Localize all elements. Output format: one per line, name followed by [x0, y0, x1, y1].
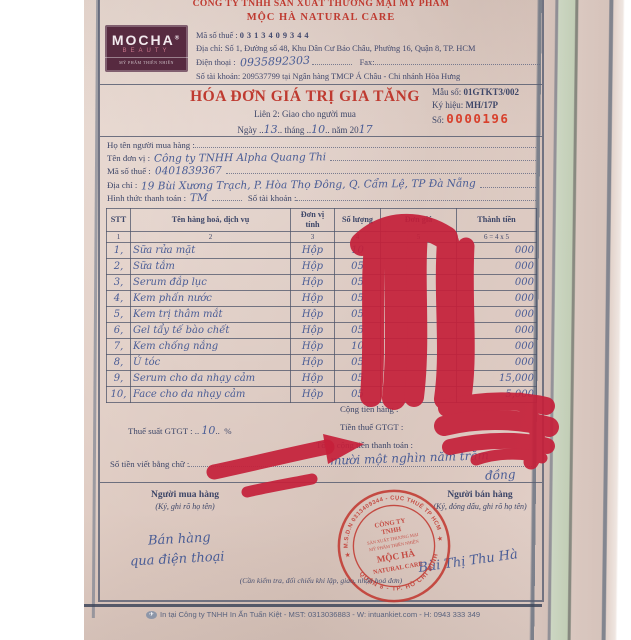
col-stt: STT	[107, 209, 131, 232]
item-qty: 05	[335, 387, 381, 403]
payment-method-handwritten: TM	[190, 192, 208, 204]
item-unit: Hộp	[291, 275, 335, 291]
item-unit: Hộp	[291, 355, 335, 371]
row-stt: 1,	[107, 243, 131, 259]
buyer-sign-title: Người mua hàng	[120, 490, 250, 500]
svg-text:★: ★	[344, 551, 351, 560]
item-name: Kem phấn nước	[131, 291, 291, 307]
item-unit: Hộp	[291, 387, 335, 403]
row-stt: 8,	[107, 355, 131, 371]
divider-title	[100, 136, 542, 137]
item-row: 10,Face cho da nhạy cảmHộp055,000	[107, 387, 537, 403]
invoice-copy-line: Liên 2: Giao cho người mua	[155, 109, 455, 119]
item-row: 1,Sữa rửa mặtHộp10000	[107, 243, 537, 259]
footer-divider	[84, 604, 542, 607]
invoice-number-row: Số: 0000196	[432, 112, 542, 127]
row-stt: 6,	[107, 323, 131, 339]
row-stt: 3,	[107, 275, 131, 291]
item-row: 2,Sữa tắmHộp05000	[107, 259, 537, 275]
item-price	[381, 339, 457, 355]
buyer-note-handwritten-1: Bán hàng	[148, 530, 211, 548]
item-row: 7,Kem chống nắngHộp10000	[107, 339, 537, 355]
vat-amount-row: Tiền thuế GTGT :	[340, 422, 403, 432]
item-amount: 000	[457, 275, 537, 291]
svg-text:★: ★	[436, 534, 443, 543]
check-note: (Cần kiểm tra, đối chiếu khi lập, giao, …	[100, 576, 542, 585]
item-row: 4,Kem phấn nướcHộp05000	[107, 291, 537, 307]
item-name: Sữa rửa mặt	[131, 243, 291, 259]
amount-words-handwritten-2: đồng	[485, 467, 516, 483]
item-unit: Hộp	[291, 307, 335, 323]
item-price	[381, 275, 457, 291]
buyer-company-handwritten: Công ty TNHH Alpha Quang Thi	[154, 151, 326, 165]
row-stt: 5,	[107, 307, 131, 323]
invoice-paper: CÔNG TY TNHH SẢN XUẤT THƯƠNG MẠI MỸ PHẨM…	[84, 0, 621, 640]
item-name: Gel tẩy tế bào chết	[131, 323, 291, 339]
items-table: STT Tên hàng hoá, dịch vụ Đơn vị tính Số…	[106, 208, 537, 403]
invoice-title: HÓA ĐƠN GIÁ TRỊ GIA TĂNG	[155, 88, 455, 106]
company-name-line1: CÔNG TY TNHH SẢN XUẤT THƯƠNG MẠI MỸ PHẨM	[100, 0, 542, 9]
vat-rate-handwritten: 10	[201, 424, 215, 437]
grand-total-row: Tổng cộng tiền thanh toán :	[316, 440, 413, 450]
date-year-handwritten: 17	[359, 123, 373, 136]
item-name: Kem chống nắng	[131, 339, 291, 355]
item-unit: Hộp	[291, 243, 335, 259]
item-price	[381, 387, 457, 403]
item-unit: Hộp	[291, 371, 335, 387]
items-header-row: STT Tên hàng hoá, dịch vụ Đơn vị tính Số…	[107, 209, 537, 232]
buyer-sign-sub: (Ký, ghi rõ họ tên)	[120, 502, 250, 511]
item-amount: 000	[457, 307, 537, 323]
item-row: 6,Gel tẩy tế bào chếtHộp05000	[107, 323, 537, 339]
item-amount: 15,000	[457, 371, 537, 387]
item-price	[381, 323, 457, 339]
item-row: 3,Serum đắp lụcHộp05000	[107, 275, 537, 291]
item-unit: Hộp	[291, 291, 335, 307]
buyer-address-row: Địa chỉ : 19 Bùi Xương Trạch, P. Hòa Thọ…	[107, 179, 536, 192]
item-amount: 000	[457, 323, 537, 339]
invoice-date-line: Ngày ..13.. tháng ..10.. năm 2017	[155, 123, 455, 136]
printer-credit: ✈In tại Công ty TNHH In Ấn Tuấn Kiệt - M…	[84, 610, 542, 619]
buyer-section: Họ tên người mua hàng : Tên đơn vị : Côn…	[107, 139, 536, 205]
logo-tagline: MỸ PHẨM THIÊN NHIÊN	[105, 57, 188, 65]
item-qty: 05	[335, 371, 381, 387]
item-row: 9,Serum cho da nhạy cảmHộp0515,000	[107, 371, 537, 387]
row-stt: 4,	[107, 291, 131, 307]
company-address-value: : Số 1, Đường số 48, Khu Dân Cư Bảo Châu…	[220, 42, 475, 55]
item-amount: 000	[457, 243, 537, 259]
item-price	[381, 243, 457, 259]
col-name: Tên hàng hoá, dịch vụ	[131, 209, 291, 232]
item-amount: 000	[457, 259, 537, 275]
item-unit: Hộp	[291, 259, 335, 275]
divider-totals	[100, 482, 542, 483]
vat-rate-row: Thuế suất GTGT : .. 10.. %	[128, 424, 232, 437]
form-number: Mẫu số: 01GTKT3/002	[432, 86, 542, 99]
invoice-meta: Mẫu số: 01GTKT3/002 Ký hiệu: MH/17P Số: …	[432, 86, 542, 127]
company-name-line2: MỘC HÀ NATURAL CARE	[100, 12, 542, 23]
item-amount: 000	[457, 291, 537, 307]
company-tax-value: 0313409344	[240, 29, 312, 42]
item-amount: 000	[457, 339, 537, 355]
buyer-payment-row: Hình thức thanh toán : TM Số tài khoản :	[107, 192, 536, 205]
photo-of-invoice: CÔNG TY TNHH SẢN XUẤT THƯƠNG MẠI MỸ PHẨM…	[0, 0, 631, 640]
item-qty: 10	[335, 243, 381, 259]
item-price	[381, 291, 457, 307]
col-qty: Số lượng	[335, 209, 381, 232]
company-phone-row: Điện thoại : 0935892303 Fax:	[196, 55, 540, 69]
item-qty: 05	[335, 307, 381, 323]
divider-header	[100, 84, 542, 85]
item-price	[381, 259, 457, 275]
row-stt: 10,	[107, 387, 131, 403]
company-phone-handwritten: 0935892303	[239, 55, 309, 69]
company-tax-row: Mã số thuế : 0313409344	[196, 29, 540, 42]
page-edges	[529, 0, 629, 640]
item-qty: 05	[335, 355, 381, 371]
item-name: Sữa tắm	[131, 259, 291, 275]
item-price	[381, 307, 457, 323]
mocha-logo: MOCHA® BEAUTY MỸ PHẨM THIÊN NHIÊN	[105, 25, 188, 72]
item-name: Serum đắp lục	[131, 275, 291, 291]
buyer-address-handwritten: 19 Bùi Xương Trạch, P. Hòa Thọ Đông, Q. …	[141, 177, 476, 192]
company-account-value: : 209537799 tại Ngân hàng TMCP Á Châu - …	[238, 70, 460, 83]
col-price: Đơn giá	[381, 209, 457, 232]
buyer-tax-handwritten: 0401839367	[155, 165, 222, 178]
invoice-frame: CÔNG TY TNHH SẢN XUẤT THƯƠNG MẠI MỸ PHẨM…	[98, 0, 544, 602]
item-price	[381, 355, 457, 371]
item-qty: 05	[335, 275, 381, 291]
item-row: 8,Ủ tócHộp05000	[107, 355, 537, 371]
item-name: Face cho da nhạy cảm	[131, 387, 291, 403]
item-price	[381, 371, 457, 387]
buyer-note-handwritten-2: qua điện thoại	[130, 550, 225, 570]
item-qty: 10	[335, 339, 381, 355]
row-stt: 9,	[107, 371, 131, 387]
subtotal-row: Cộng tiền hàng :	[340, 404, 398, 414]
item-unit: Hộp	[291, 339, 335, 355]
printer-logo-icon: ✈	[146, 611, 157, 619]
item-name: Ủ tóc	[131, 355, 291, 371]
row-stt: 2,	[107, 259, 131, 275]
item-name: Serum cho da nhạy cảm	[131, 371, 291, 387]
item-name: Kem trị thâm mắt	[131, 307, 291, 323]
logo-sub-text: BEAUTY	[105, 48, 188, 54]
buyer-company-row: Tên đơn vị : Công ty TNHH Alpha Quang Th…	[107, 152, 536, 165]
company-account-row: Số tài khoản : 209537799 tại Ngân hàng T…	[196, 70, 540, 83]
item-unit: Hộp	[291, 323, 335, 339]
item-row: 5,Kem trị thâm mắtHộp05000	[107, 307, 537, 323]
invoice-number: 0000196	[446, 111, 509, 126]
item-amount: 5,000	[457, 387, 537, 403]
logo-brand-text: MOCHA®	[105, 32, 188, 48]
item-qty: 05	[335, 323, 381, 339]
company-stamp: M.S.D.N 0313409344 - CỤC THUẾ TP HCM QUẬ…	[327, 479, 461, 613]
item-qty: 05	[335, 291, 381, 307]
item-qty: 05	[335, 259, 381, 275]
date-month-handwritten: 10	[311, 123, 325, 136]
items-colnum-row: 1 2 3 4 5 6 = 4 x 5	[107, 232, 537, 243]
item-amount: 000	[457, 355, 537, 371]
col-amount: Thành tiền	[457, 209, 537, 232]
buyer-name-row: Họ tên người mua hàng :	[107, 139, 536, 152]
company-info: Mã số thuế : 0313409344 Địa chỉ : Số 1, …	[196, 29, 540, 83]
col-unit: Đơn vị tính	[291, 209, 335, 232]
date-day-handwritten: 13	[264, 123, 278, 136]
company-address-row: Địa chỉ : Số 1, Đường số 48, Khu Dân Cư …	[196, 42, 540, 55]
row-stt: 7,	[107, 339, 131, 355]
